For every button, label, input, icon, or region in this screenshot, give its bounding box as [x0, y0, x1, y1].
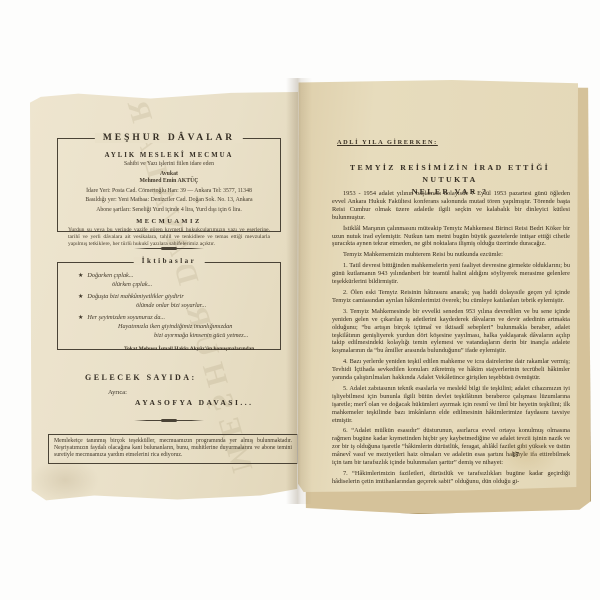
photo-of-open-magazine: ADLİ YILA GİRERKEN: TEMYİZ REİSİMİZİN İR… [0, 0, 600, 600]
quote-text: Doğuşta bizi mahkûmiyetlikler giydirir [87, 293, 183, 300]
paragraph: 4. Bazı yerlerde yeniden teşkil edilen m… [332, 358, 570, 382]
masthead-box: MEŞHUR DÂVALAR AYLIK MESLEKÎ MECMUA Sahi… [57, 138, 281, 232]
paragraph: 6. “Adalet mülkün esasıdır” düsturunun, … [332, 427, 570, 467]
divider-ornament [134, 247, 204, 250]
quote-line: ★Doğuşta bizi mahkûmiyetlikler giydirir [78, 293, 274, 302]
star-icon: ★ [78, 273, 83, 279]
quote-line: bizi ayırmağa kimsenin gücü yetmez... [154, 332, 274, 341]
section-kicker: ADLİ YILA GİRERKEN: [337, 139, 438, 146]
quote-group: ★Doğuşta bizi mahkûmiyetlikler giydirir … [78, 293, 274, 310]
owner-name: Mehmed Emin AKTÜÇ [62, 178, 276, 186]
magazine-title: MEŞHUR DÂVALAR [95, 133, 243, 143]
notice-box: Memleketçe tanınmış birçok teşekküller, … [48, 434, 298, 464]
paragraph: 2. Ölen eski Temyiz Reisinin hâtırasını … [332, 289, 570, 305]
mecmuamiz-text: Yurdun şu veya bu yerinde vazife gören k… [68, 227, 270, 247]
star-icon: ★ [78, 315, 83, 321]
magazine-page-right: ADLİ YILA GİRERKEN: TEMYİZ REİSİMİZİN İR… [298, 80, 578, 492]
quote-line: ★Her şeyimizden soyunuruz da... [78, 314, 274, 323]
next-issue-heading: GELECEK SAYIDA: [85, 373, 197, 382]
paragraph: İstiklâl Marşının çalınmasını müteakip T… [332, 225, 570, 249]
notice-text: Memleketçe tanınmış birçok teşekküller, … [54, 438, 292, 460]
paragraph: 3. Temyiz Mahkemesinde bir evvelki sened… [332, 308, 570, 355]
paragraph: Temyiz Mahkememizin muhterem Reisi bu nu… [332, 251, 570, 259]
spine-shadow [286, 78, 312, 504]
quote-line: ölürken çıplak... [112, 281, 274, 290]
paragraph: 1. Tatil devresi bittiğinden mahkemeleri… [332, 262, 570, 286]
paragraph: 5. Adalet zabıtasının teknik esaslarla v… [332, 385, 570, 425]
paragraph: 7. “Hâkimlerimizin faziletleri, dürüstlü… [332, 470, 570, 486]
mecmuamiz-heading: MECMUAMIZ [62, 218, 276, 225]
quote-line: ölümde onlar bizi soyarlar... [136, 302, 274, 311]
page-number: 17 [512, 451, 519, 459]
quote-group: ★Doğarken çıplak... ölürken çıplak... [78, 272, 274, 289]
magazine-subtitle: AYLIK MESLEKÎ MECMUA [62, 152, 276, 159]
quote-text: Doğarken çıplak... [87, 272, 133, 279]
printer-line: Basıldığı yer: Yeni Matbaa: Denizciler C… [62, 197, 276, 205]
star-icon: ★ [78, 294, 83, 300]
subscription-line: Abone şartları: Seneliği Yurd içinde 4 l… [62, 207, 276, 215]
iktibaslar-title: İktibaslar [134, 257, 205, 265]
quote-signature: Tokat Mebusu İsmail Hakkı Akyüz'ün konuş… [124, 346, 274, 352]
magazine-page-left: MEŞHUR DAVALAR MEŞHUR DÂVALAR AYLIK MESL… [30, 92, 298, 502]
quote-line: Hayatımızla iken giyindiğimiz imanlığımı… [118, 323, 274, 332]
quote-line: ★Doğarken çıplak... [78, 272, 274, 281]
article-body: 1953 - 1954 adalet yılının başlaması dol… [332, 190, 570, 489]
quote-group: ★Her şeyimizden soyunuruz da... Hayatımı… [78, 314, 274, 340]
next-issue-also: Ayrıca: [108, 389, 127, 396]
next-issue-feature: AYASOFYA DAVASI... [135, 398, 254, 407]
paragraph: 1953 - 1954 adalet yılının başlaması dol… [332, 190, 570, 222]
owner-role: Avukat [62, 171, 276, 179]
quote-text: Her şeyimizden soyunuruz da... [87, 314, 165, 321]
iktibaslar-box: İktibaslar ★Doğarken çıplak... ölürken ç… [57, 262, 281, 350]
article-title-line1: TEMYİZ REİSİMİZİN İRAD ETTİĞİ NUTUKTA [330, 162, 570, 186]
divider-ornament [134, 419, 204, 422]
owner-line: Sahibi ve Yazı işlerini fiilen idare ede… [62, 161, 276, 169]
address-line: İdare Yeri: Posta Cad. Cömertoğlu Han: 3… [62, 188, 276, 196]
